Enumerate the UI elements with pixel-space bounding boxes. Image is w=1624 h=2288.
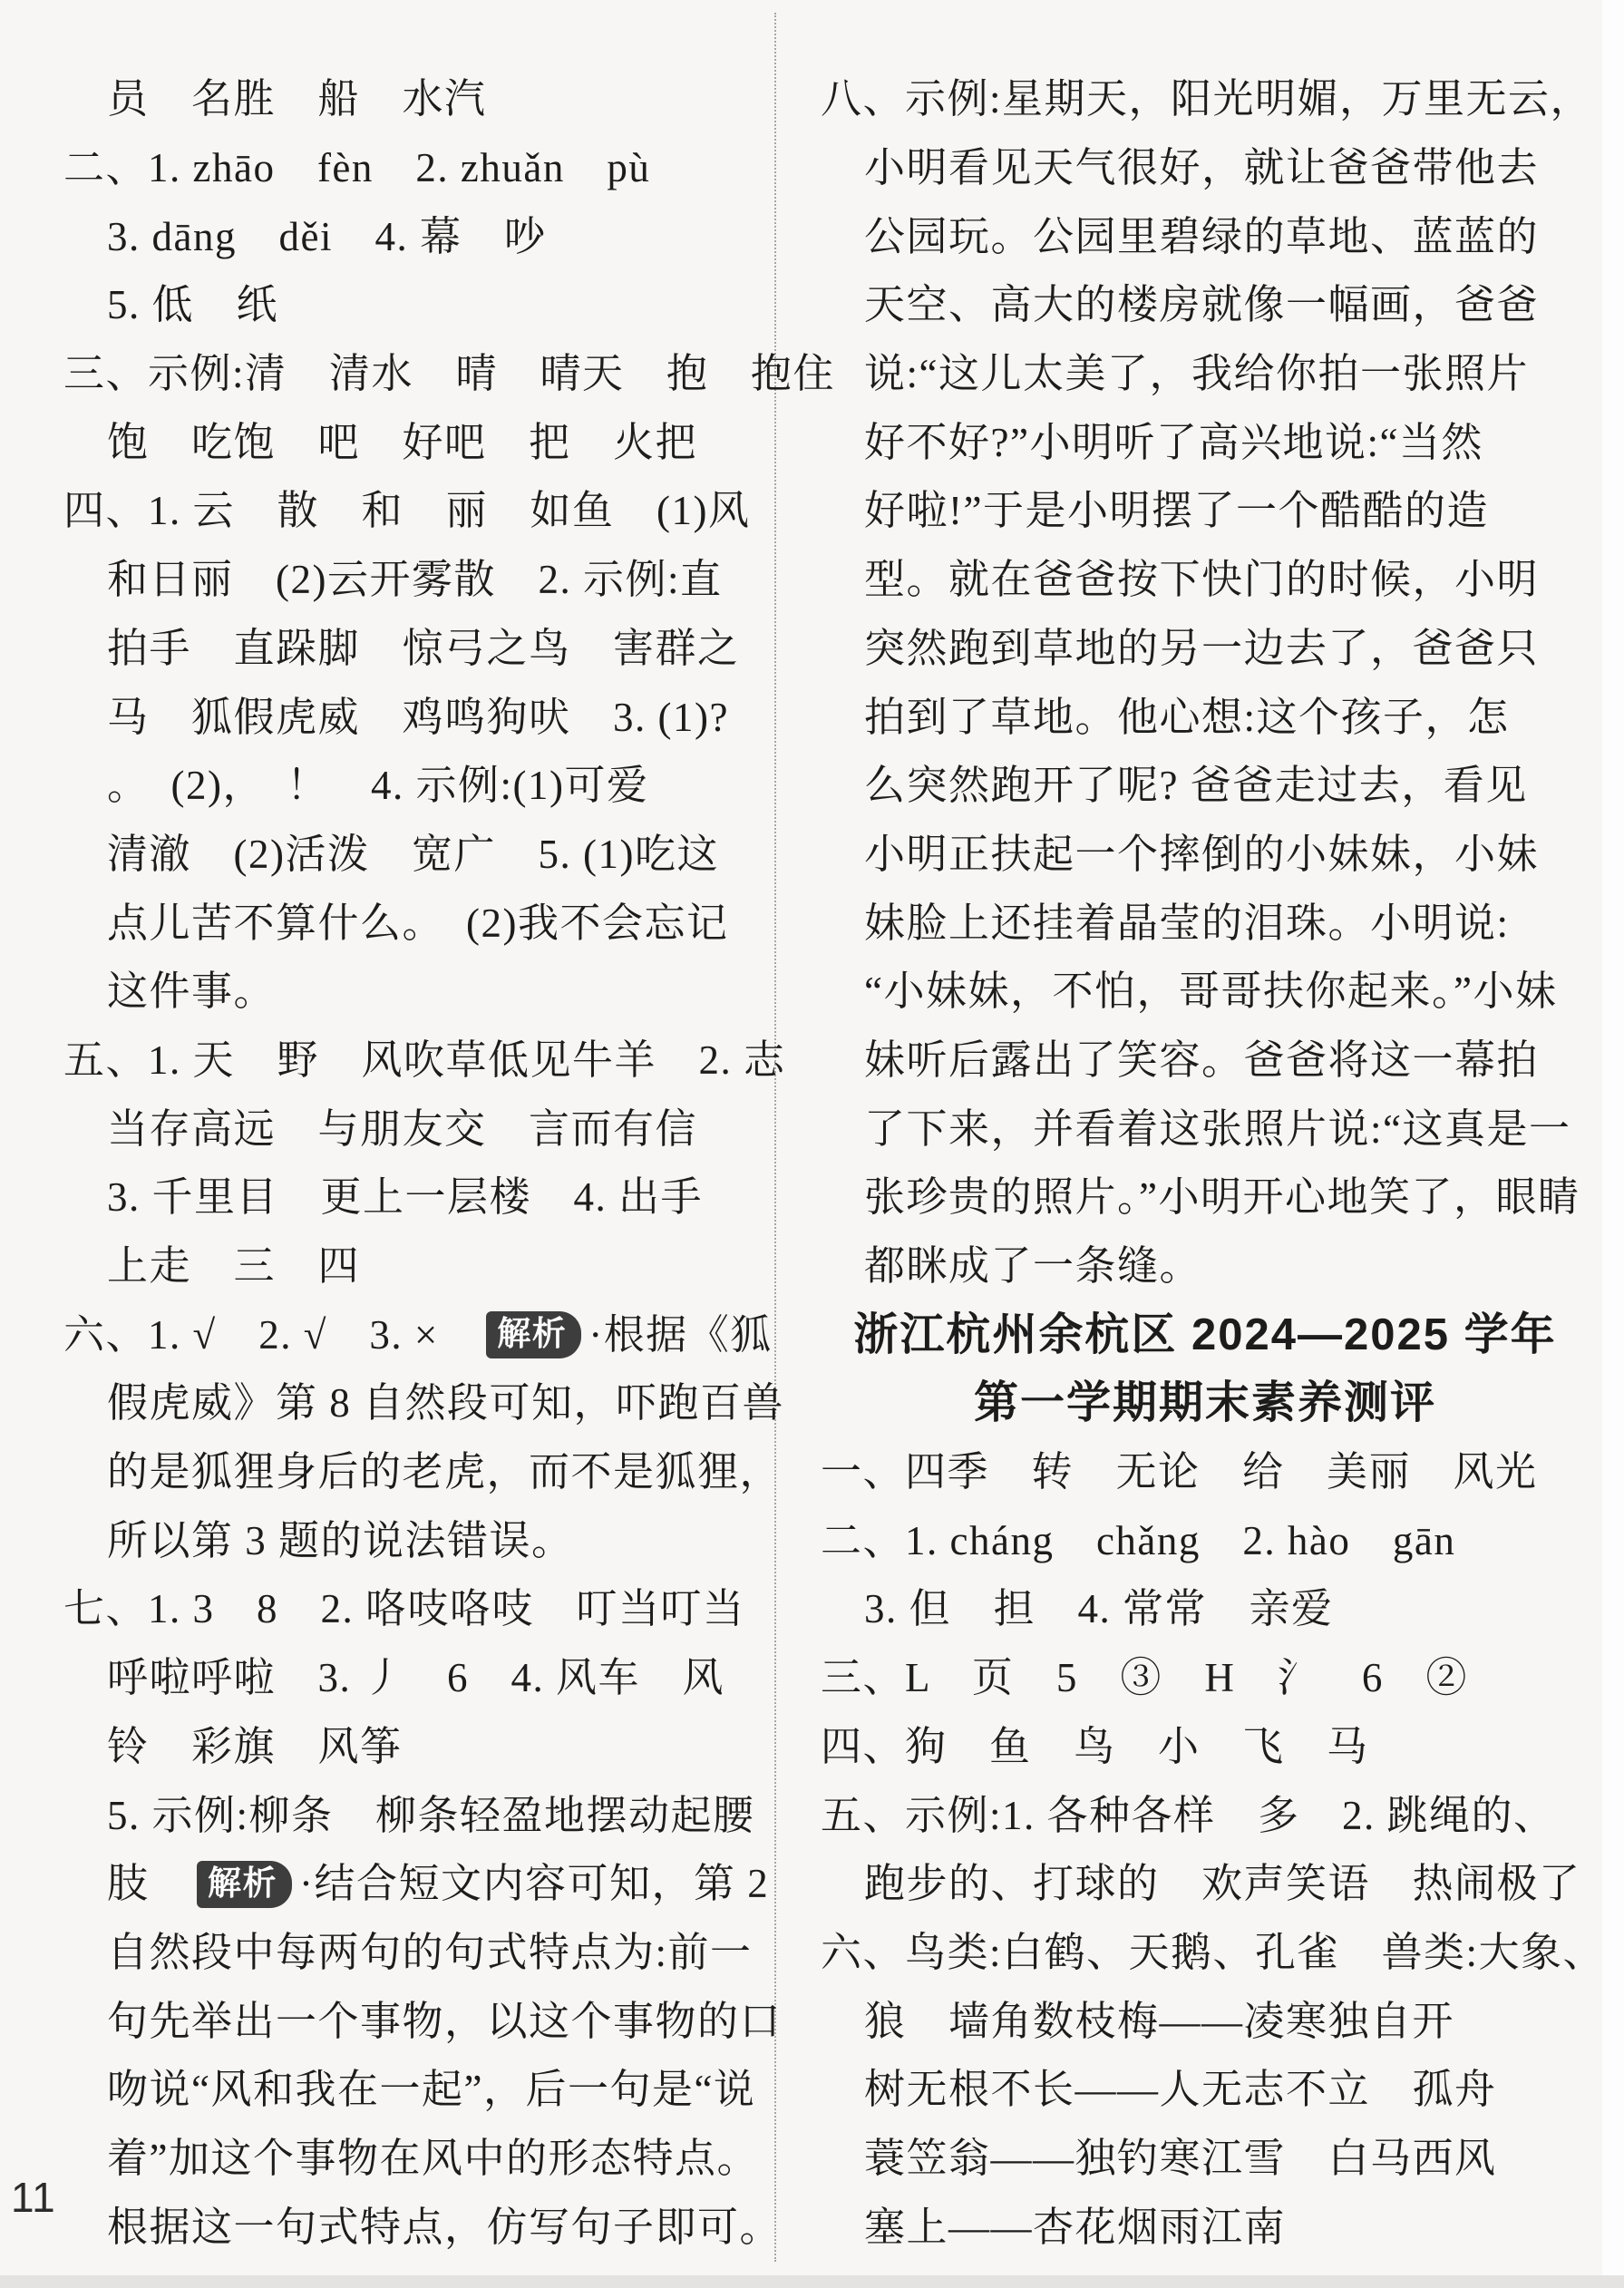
text-line: 都眯成了一条缝。: [821, 1232, 1590, 1301]
text-line: 二、1. cháng chǎng 2. hào gān: [821, 1506, 1590, 1575]
text-line: 妹脸上还挂着晶莹的泪珠。小明说:: [821, 889, 1590, 958]
text-line: 吻说“风和我在一起”，后一句是“说: [63, 2056, 774, 2125]
text-line: 狼 墙角数枝梅——凌寒独自开: [821, 1987, 1590, 2056]
text-line: 突然跑到草地的另一边去了，爸爸只: [821, 615, 1590, 684]
text-line: 塞上——杏花烟雨江南: [821, 2193, 1590, 2262]
text-line: 3. 但 担 4. 常常 亲爱: [821, 1575, 1590, 1644]
text-line: 所以第 3 题的说法错误。: [63, 1506, 774, 1575]
text-line: 型。就在爸爸按下快门的时候，小明: [821, 546, 1590, 615]
page-number: 11: [11, 2173, 56, 2222]
text-line: 的是狐狸身后的老虎，而不是狐狸，: [63, 1438, 774, 1507]
text-line: 五、示例:1. 各种各样 多 2. 跳绳的、: [821, 1781, 1590, 1850]
text-line: 跑步的、打球的 欢声笑语 热闹极了: [821, 1850, 1590, 1919]
text-line: 小明看见天气很好，就让爸爸带他去: [821, 134, 1590, 203]
text-line: 点儿苦不算什么。 (2)我不会忘记: [63, 889, 774, 958]
text-line: 八、示例:星期天，阳光明媚，万里无云，: [821, 65, 1590, 134]
text-line: 假虎威》第 8 自然段可知，吓跑百兽: [63, 1369, 774, 1438]
text-line: 铃 彩旗 风筝: [63, 1713, 774, 1782]
text-line: 二、1. zhāo fèn 2. zhuǎn pù: [63, 134, 774, 203]
text-line: 。 (2)， ！ 4. 示例:(1)可爱: [63, 752, 774, 821]
text-line: 么突然跑开了呢? 爸爸走过去，看见: [821, 752, 1590, 821]
text-line: 小明正扶起一个摔倒的小妹妹，小妹: [821, 821, 1590, 890]
text-line: 3. 千里目 更上一层楼 4. 出手: [63, 1163, 774, 1232]
text-line: 蓑笠翁——独钓寒江雪 白马西风: [821, 2125, 1590, 2194]
text-segment: ·结合短文内容可知，第 2: [299, 1864, 769, 1904]
text-line: 员 名胜 船 水汽: [63, 65, 774, 134]
page-edge-right: [1602, 0, 1624, 2288]
text-line: 这件事。: [63, 958, 774, 1027]
text-line: 妹听后露出了笑容。爸爸将这一幕拍: [821, 1027, 1590, 1095]
left-column: 员 名胜 船 水汽二、1. zhāo fèn 2. zhuǎn pù3. dān…: [63, 65, 774, 2262]
text-line: 和日丽 (2)云开雾散 2. 示例:直: [63, 546, 774, 615]
text-line: 说:“这儿太美了，我给你拍一张照片: [821, 340, 1590, 409]
text-line: 好啦!”于是小明摆了一个酷酷的造: [821, 477, 1590, 546]
text-line: 七、1. 3 8 2. 咯吱咯吱 叮当叮当: [63, 1575, 774, 1644]
text-line: 五、1. 天 野 风吹草低见牛羊 2. 志: [63, 1027, 774, 1095]
text-line: 自然段中每两句的句式特点为:前一: [63, 1919, 774, 1988]
page-edge-bottom: [0, 2275, 1624, 2288]
text-line: 树无根不长——人无志不立 孤舟: [821, 2056, 1590, 2125]
text-line: 饱 吃饱 吧 好吧 把 火把: [63, 408, 774, 477]
text-line: 六、1. √ 2. √ 3. × 解析·根据《狐: [63, 1300, 774, 1369]
section-heading: 浙江杭州余杭区 2024—2025 学年: [821, 1300, 1590, 1369]
text-line: 上走 三 四: [63, 1232, 774, 1301]
text-line: 马 狐假虎威 鸡鸣狗吠 3. (1)?: [63, 683, 774, 752]
text-line: 拍手 直跺脚 惊弓之鸟 害群之: [63, 615, 774, 684]
text-line: 根据这一句式特点，仿写句子即可。: [63, 2193, 774, 2262]
text-line: 5. 低 纸: [63, 271, 774, 340]
text-line: 六、鸟类:白鹤、天鹅、孔雀 兽类:大象、: [821, 1919, 1590, 1988]
text-line: 5. 示例:柳条 柳条轻盈地摆动起腰: [63, 1781, 774, 1850]
text-line: 好不好?”小明听了高兴地说:“当然: [821, 408, 1590, 477]
text-segment: ·根据《狐: [588, 1315, 773, 1356]
text-line: 三、L 页 5 ③ H 氵 6 ②: [821, 1644, 1590, 1713]
text-segment: 肢: [107, 1864, 191, 1904]
text-line: 肢 解析·结合短文内容可知，第 2: [63, 1850, 774, 1919]
text-line: 清澈 (2)活泼 宽广 5. (1)吃这: [63, 821, 774, 890]
text-line: 天空、高大的楼房就像一幅画，爸爸: [821, 271, 1590, 340]
text-line: 拍到了草地。他心想:这个孩子，怎: [821, 683, 1590, 752]
text-line: 句先举出一个事物，以这个事物的口: [63, 1987, 774, 2056]
text-segment: 六、1. √ 2. √ 3. ×: [63, 1315, 481, 1356]
text-line: “小妹妹，不怕，哥哥扶你起来。”小妹: [821, 958, 1590, 1027]
text-line: 了下来，并看着这张照片说:“这真是一: [821, 1095, 1590, 1163]
section-heading: 第一学期期末素养测评: [821, 1369, 1590, 1438]
text-line: 公园玩。公园里碧绿的草地、蓝蓝的: [821, 202, 1590, 271]
text-line: 3. dāng děi 4. 幕 吵: [63, 202, 774, 271]
jiexi-badge: 解析: [197, 1861, 292, 1908]
text-line: 一、四季 转 无论 给 美丽 风光: [821, 1438, 1590, 1507]
text-line: 四、1. 云 散 和 丽 如鱼 (1)风: [63, 477, 774, 546]
text-line: 当存高远 与朋友交 言而有信: [63, 1095, 774, 1163]
right-column: 八、示例:星期天，阳光明媚，万里无云，小明看见天气很好，就让爸爸带他去公园玩。公…: [821, 65, 1590, 2262]
text-line: 呼啦呼啦 3. 丿 6 4. 风车 风: [63, 1644, 774, 1713]
jiexi-badge: 解析: [486, 1311, 581, 1358]
text-line: 三、示例:清 清水 晴 晴天 抱 抱住: [63, 340, 774, 409]
answer-sheet-page: 员 名胜 船 水汽二、1. zhāo fèn 2. zhuǎn pù3. dān…: [0, 0, 1624, 2288]
column-divider: [774, 13, 776, 2262]
text-line: 张珍贵的照片。”小明开心地笑了，眼睛: [821, 1163, 1590, 1232]
text-line: 着”加这个事物在风中的形态特点。: [63, 2125, 774, 2194]
text-line: 四、狗 鱼 鸟 小 飞 马: [821, 1713, 1590, 1782]
